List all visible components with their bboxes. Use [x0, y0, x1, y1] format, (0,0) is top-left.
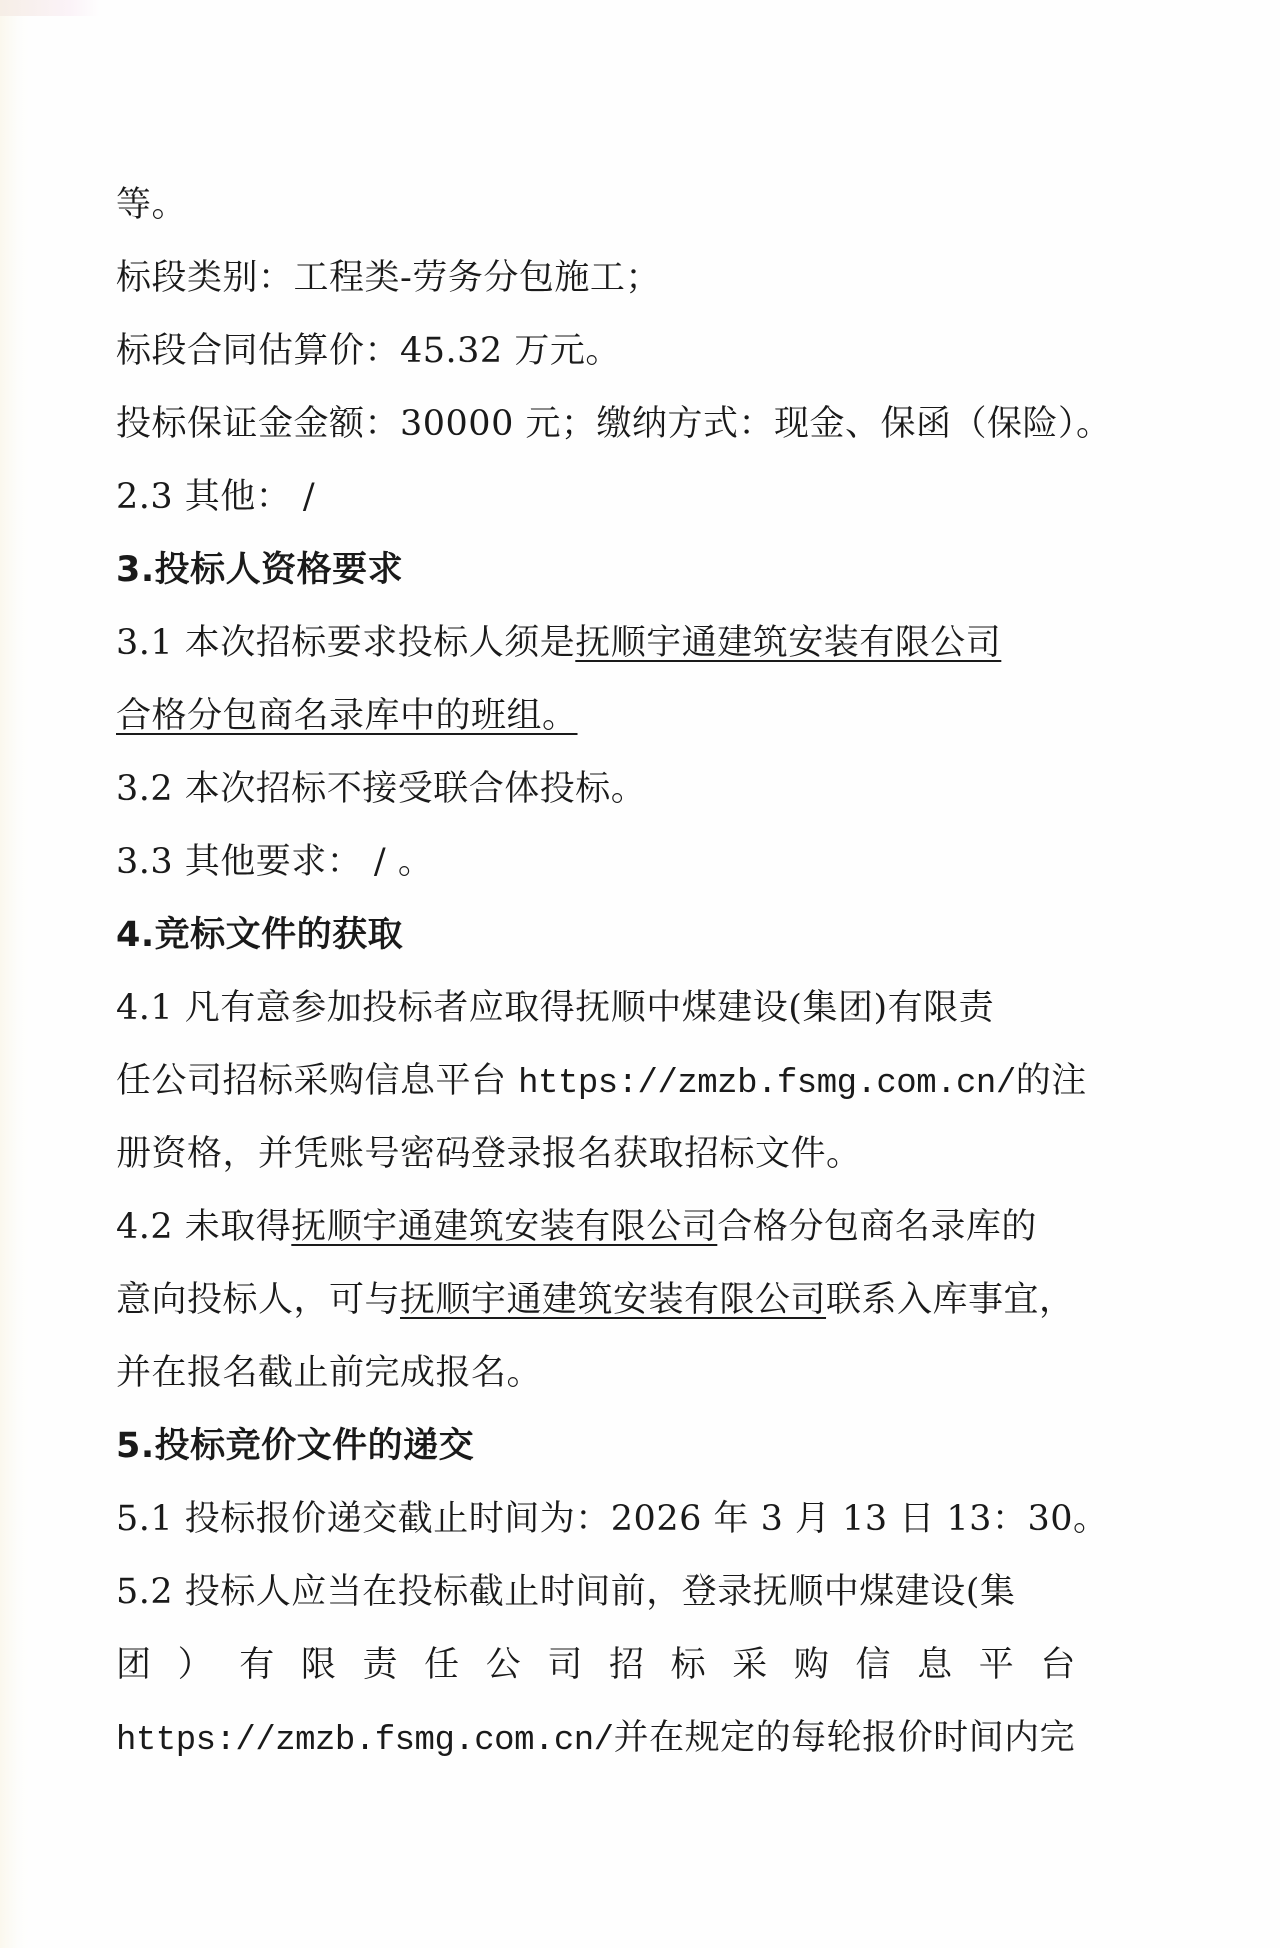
- clause-4-1-cont2: 册资格，并凭账号密码登录报名获取招标文件。: [116, 1130, 862, 1178]
- char: 责: [363, 1641, 399, 1689]
- clause-4-1-tail: 的注: [1016, 1061, 1087, 1101]
- clause-4-1-text: 任公司招标采购信息平台: [116, 1061, 518, 1101]
- scan-page-edge: [0, 0, 30, 1948]
- char: ）: [178, 1641, 214, 1689]
- char: 团: [116, 1641, 152, 1689]
- char: 限: [301, 1641, 337, 1689]
- company-name-underlined: 抚顺宇通建筑安装有限公司: [400, 1280, 826, 1320]
- clause-4-2-text: 4.2 未取得: [116, 1207, 291, 1247]
- char: 平: [979, 1641, 1015, 1689]
- char: 购: [794, 1641, 830, 1689]
- text-line: 等。: [116, 181, 187, 229]
- char: 任: [424, 1641, 460, 1689]
- heading-obtain-documents: 4.竞标文件的获取: [116, 911, 403, 959]
- bid-bond-line: 投标保证金金额：30000 元；缴纳方式：现金、保函（保险）。: [116, 400, 1111, 448]
- char: 公: [486, 1641, 522, 1689]
- clause-4-2: 4.2 未取得抚顺宇通建筑安装有限公司合格分包商名录库的: [116, 1203, 1037, 1251]
- scan-page-corner: [0, 0, 100, 16]
- clause-3-1: 3.1 本次招标要求投标人须是抚顺宇通建筑安装有限公司: [116, 619, 1001, 667]
- char: 招: [609, 1641, 645, 1689]
- clause-4-2-tail: 合格分包商名录库的: [717, 1207, 1037, 1247]
- heading-bid-submission: 5.投标竞价文件的递交: [116, 1422, 474, 1470]
- clause-4-2-cont2: 并在报名截止前完成报名。: [116, 1349, 542, 1397]
- qualified-roster-underlined: 合格分包商名录库中的班组。: [116, 696, 578, 736]
- company-name-underlined: 抚顺宇通建筑安装有限公司: [291, 1207, 717, 1247]
- clause-4-2-cont: 意向投标人，可与抚顺宇通建筑安装有限公司联系入库事宜，: [116, 1276, 1075, 1324]
- clause-3-2: 3.2 本次招标不接受联合体投标。: [116, 765, 646, 813]
- clause-5-2-cont2: https://zmzb.fsmg.com.cn/并在规定的每轮报价时间内完: [116, 1714, 1075, 1762]
- heading-bidder-qualifications: 3.投标人资格要求: [116, 546, 403, 594]
- char: 有: [239, 1641, 275, 1689]
- char: 台: [1040, 1641, 1076, 1689]
- char: 司: [547, 1641, 583, 1689]
- char: 息: [917, 1641, 953, 1689]
- estimated-price-line: 标段合同估算价：45.32 万元。: [116, 327, 621, 375]
- clause-4-1: 4.1 凡有意参加投标者应取得抚顺中煤建设(集团)有限责: [116, 984, 994, 1032]
- clause-5-1-deadline: 5.1 投标报价递交截止时间为：2026 年 3 月 13 日 13：30。: [116, 1495, 1109, 1543]
- clause-5-2: 5.2 投标人应当在投标截止时间前，登录抚顺中煤建设(集: [116, 1568, 1015, 1616]
- company-name-underlined: 抚顺宇通建筑安装有限公司: [575, 623, 1001, 663]
- clause-4-2-tail2: 联系入库事宜，: [826, 1280, 1075, 1320]
- char: 信: [856, 1641, 892, 1689]
- clause-5-2-tail: 并在规定的每轮报价时间内完: [614, 1718, 1076, 1758]
- clause-4-2-text2: 意向投标人，可与: [116, 1280, 400, 1320]
- clause-3-1-cont: 合格分包商名录库中的班组。: [116, 692, 578, 740]
- clause-2-3: 2.3 其他： /: [116, 473, 315, 521]
- clause-3-1-text: 3.1 本次招标要求投标人须是: [116, 623, 575, 663]
- platform-url: https://zmzb.fsmg.com.cn/: [116, 1722, 614, 1760]
- clause-4-1-cont: 任公司招标采购信息平台 https://zmzb.fsmg.com.cn/的注: [116, 1057, 1087, 1105]
- char: 采: [732, 1641, 768, 1689]
- platform-url: https://zmzb.fsmg.com.cn/: [518, 1065, 1016, 1103]
- section-category-line: 标段类别：工程类-劳务分包施工；: [116, 254, 661, 302]
- clause-3-3: 3.3 其他要求： / 。: [116, 838, 433, 886]
- char: 标: [671, 1641, 707, 1689]
- clause-5-2-cont: 团 ） 有 限 责 任 公 司 招 标 采 购 信 息 平 台: [116, 1641, 1076, 1689]
